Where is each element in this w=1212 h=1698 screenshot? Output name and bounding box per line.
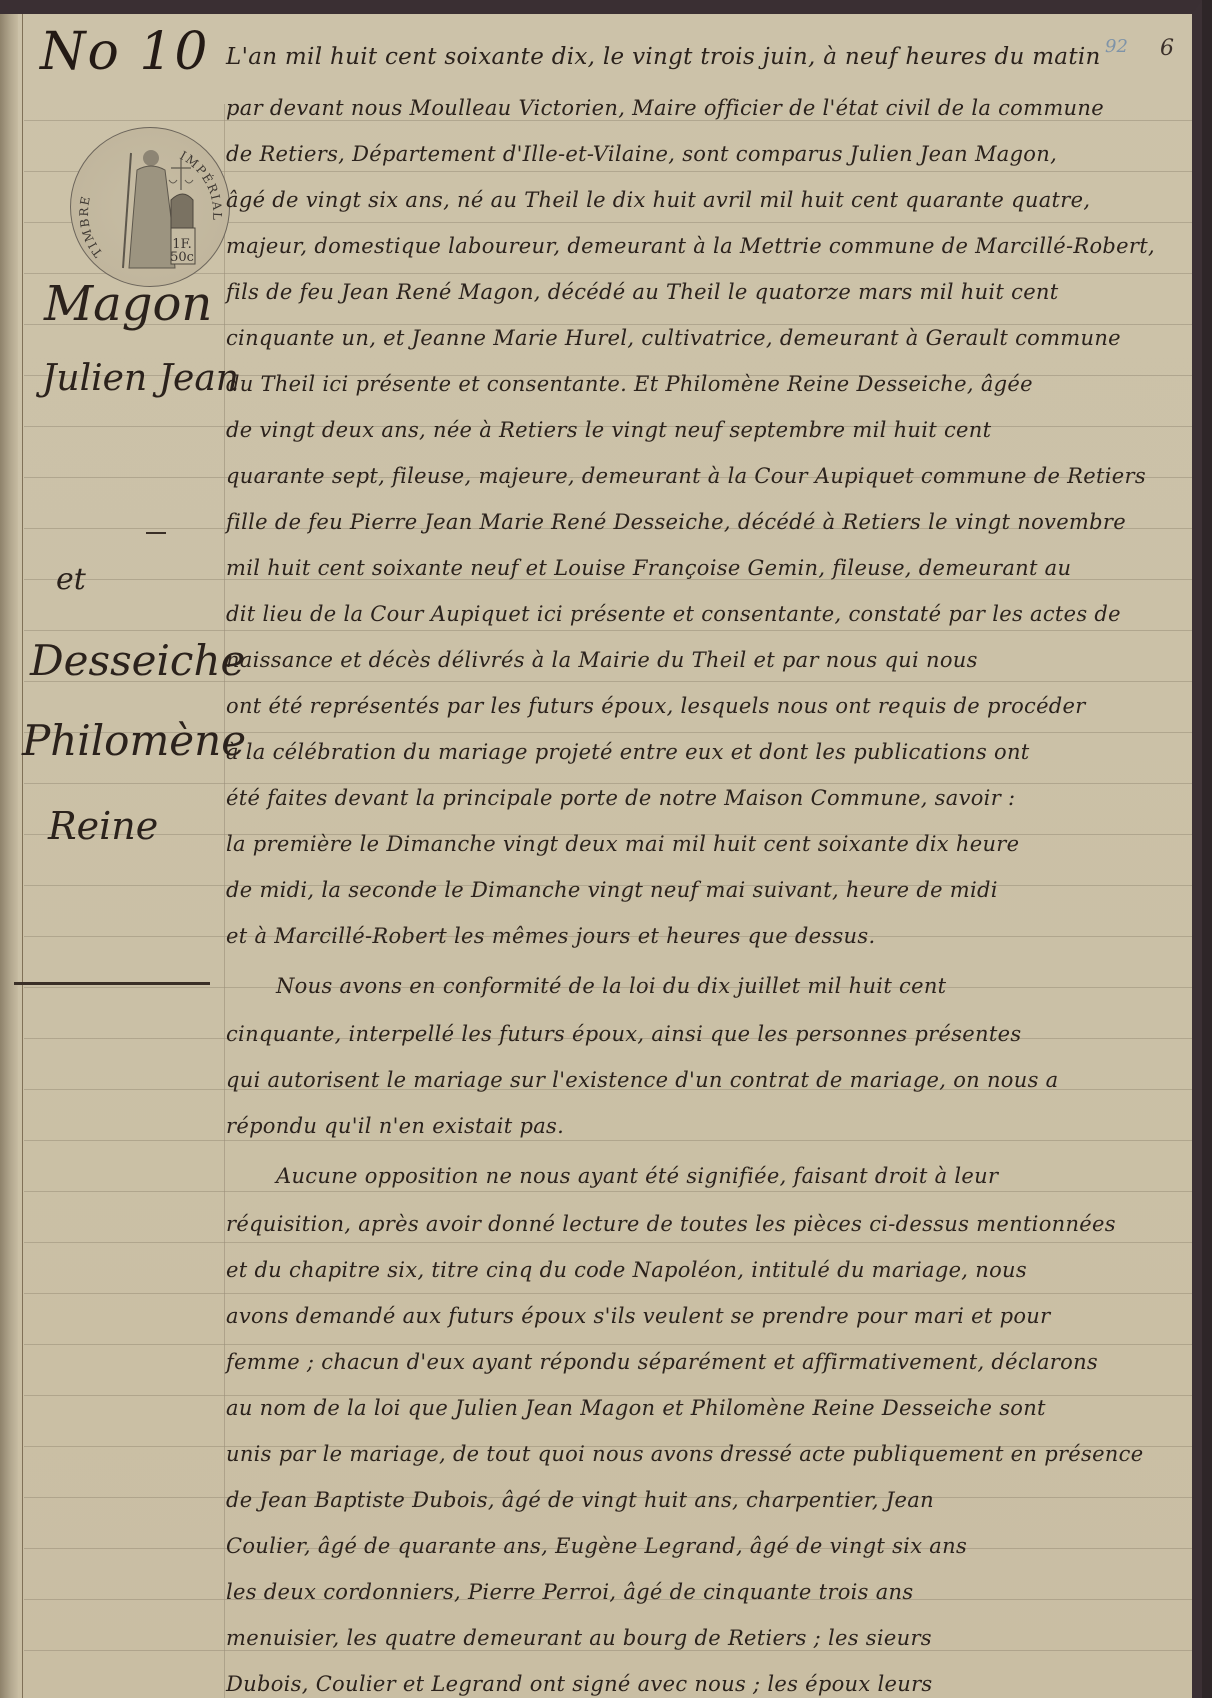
body-line: répondu qu'il n'en existait pas. (226, 1114, 564, 1138)
body-line: au nom de la loi que Julien Jean Magon e… (226, 1396, 1046, 1420)
body-line: majeur, domestique laboureur, demeurant … (226, 234, 1155, 258)
body-line: femme ; chacun d'eux ayant répondu sépar… (226, 1350, 1098, 1374)
body-line: dit lieu de la Cour Aupiquet ici présent… (226, 602, 1121, 626)
stamp-price-centimes: 50c (167, 251, 197, 264)
body-line: menuisier, les quatre demeurant au bourg… (226, 1626, 932, 1650)
margin-dash (146, 532, 166, 534)
body-line: à la célébration du mariage projeté entr… (226, 740, 1030, 764)
body-line: quarante sept, fileuse, majeure, demeura… (226, 464, 1146, 488)
body-line: et à Marcillé-Robert les mêmes jours et … (226, 924, 875, 948)
stamp-text-left: TIMBRE (77, 194, 105, 260)
body-line: du Theil ici présente et consentante. Et… (226, 372, 1033, 396)
binding-rule (22, 14, 23, 1698)
body-line: les deux cordonniers, Pierre Perroi, âgé… (226, 1580, 913, 1604)
folio-number: 6 (1160, 36, 1174, 61)
body-line: cinquante un, et Jeanne Marie Hurel, cul… (226, 326, 1121, 350)
body-line: réquisition, après avoir donné lecture d… (226, 1212, 1116, 1236)
margin-groom-surname: Magon (44, 276, 212, 332)
stamp-price: 1F. 50c (167, 238, 197, 264)
justice-figure-icon: TIMBRE IMPÉRIAL (71, 128, 229, 286)
body-line: la première le Dimanche vingt deux mai m… (226, 832, 1019, 856)
body-line: ont été représentés par les futurs époux… (226, 694, 1086, 718)
margin-groom-given-names: Julien Jean (42, 358, 239, 399)
body-line: mil huit cent soixante neuf et Louise Fr… (226, 556, 1071, 580)
margin-rule (224, 104, 225, 1698)
body-line: qui autorisent le mariage sur l'existenc… (226, 1068, 1058, 1092)
body-line: avons demandé aux futurs époux s'ils veu… (226, 1304, 1050, 1328)
body-line: et du chapitre six, titre cinq du code N… (226, 1258, 1027, 1282)
margin-bride-given-1: Philomène (22, 716, 246, 765)
body-line: fils de feu Jean René Magon, décédé au T… (226, 280, 1059, 304)
body-line: L'an mil huit cent soixante dix, le ving… (226, 44, 1101, 70)
body-line: de vingt deux ans, née à Retiers le ving… (226, 418, 991, 442)
body-line: de Jean Baptiste Dubois, âgé de vingt hu… (226, 1488, 934, 1512)
margin-bride-given-2: Reine (48, 804, 158, 848)
act-number: No 10 (40, 22, 210, 82)
body-line: cinquante, interpellé les futurs époux, … (226, 1022, 1021, 1046)
body-line: âgé de vingt six ans, né au Theil le dix… (226, 188, 1090, 212)
margin-bride-surname: Desseiche (30, 636, 245, 685)
body-line: Dubois, Coulier et Legrand ont signé ave… (226, 1672, 933, 1696)
body-line: été faites devant la principale porte de… (226, 786, 1015, 810)
body-line: de Retiers, Département d'Ille-et-Vilain… (226, 142, 1057, 166)
margin-closing-rule (14, 982, 210, 985)
register-page: No 10 92 6 TIMBRE IMPÉRIAL (0, 0, 1202, 1698)
page-binding-edge (0, 14, 18, 1698)
body-line: fille de feu Pierre Jean Marie René Dess… (226, 510, 1126, 534)
body-line: de midi, la seconde le Dimanche vingt ne… (226, 878, 998, 902)
body-line: Aucune opposition ne nous ayant été sign… (276, 1164, 998, 1188)
margin-conjunction: et (56, 562, 86, 597)
body-line: par devant nous Moulleau Victorien, Mair… (226, 96, 1104, 120)
body-line: Nous avons en conformité de la loi du di… (276, 974, 946, 998)
svg-text:TIMBRE: TIMBRE (77, 194, 105, 260)
body-line: unis par le mariage, de tout quoi nous a… (226, 1442, 1143, 1466)
imperial-tax-stamp: TIMBRE IMPÉRIAL 1F. 50c (70, 127, 230, 287)
body-line: naissance et décès délivrés à la Mairie … (226, 648, 978, 672)
pencil-mark: 92 (1105, 36, 1128, 57)
body-line: Coulier, âgé de quarante ans, Eugène Leg… (226, 1534, 967, 1558)
